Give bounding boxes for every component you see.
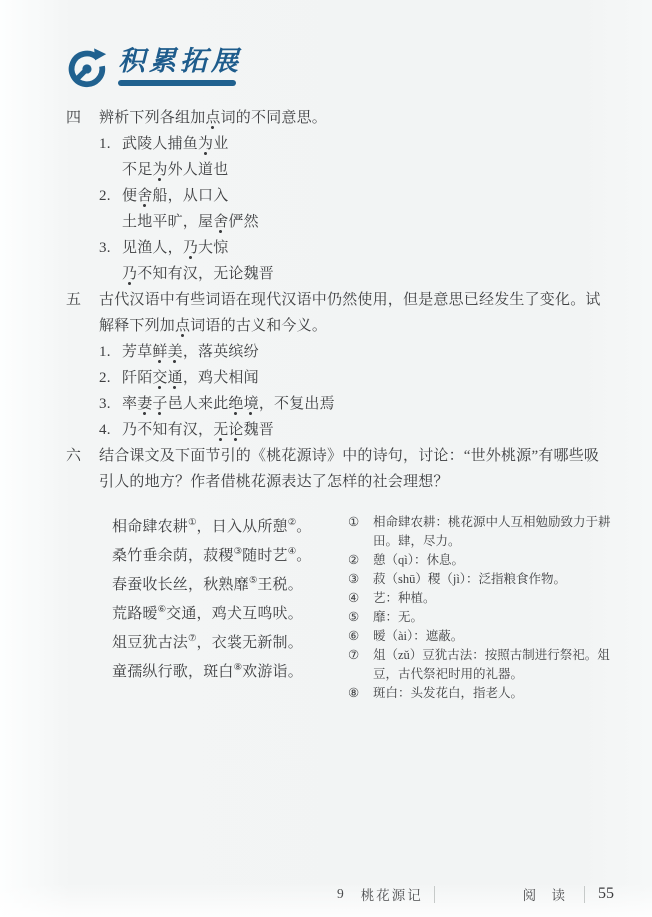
lesson-number: 9 (337, 886, 350, 902)
exercise-item: 2. 便舍船，从口入 土地平旷，屋舍俨然 (99, 183, 614, 235)
annotation-item: ③ 菽（shū）稷（jì）：泛指粮食作物。 (348, 570, 614, 589)
annotation-marker: ④ (348, 589, 373, 608)
item-number: 2. (99, 183, 122, 235)
annotation-item: ② 憩（qì）：休息。 (348, 551, 614, 570)
lesson-title: 桃花源记 (361, 884, 423, 904)
annotation-text: 憩（qì）：休息。 (373, 551, 614, 570)
exercise-item: 2. 阡陌交通，鸡犬相闻 (99, 365, 614, 391)
page-title: 积累拓展 (118, 46, 242, 76)
footer-pagination: 阅 读 55 (523, 884, 614, 904)
poem-line: 相命肆农耕①，日入从所憩②。 (112, 511, 348, 540)
item-line: 武陵人捕鱼为业 (122, 131, 614, 157)
annotation-list: ① 相命肆农耕：桃花源中人互相勉励致力于耕田。肆，尽力。 ② 憩（qì）：休息。… (348, 513, 614, 703)
section-marker: 五 (66, 287, 99, 339)
item-number: 4. (99, 417, 122, 443)
poem-line: 春蚕收长丝，秋熟靡⑤王税。 (112, 569, 348, 598)
item-line: 乃不知有汉，无论魏晋 (122, 417, 614, 443)
section-six: 六 结合课文及下面节引的《桃花源诗》中的诗句，讨论：“世外桃源”有哪些吸引人的地… (66, 443, 614, 495)
poem-block: 相命肆农耕①，日入从所憩②。 桑竹垂余荫，菽稷③随时艺④。 春蚕收长丝，秋熟靡⑤… (66, 511, 614, 703)
item-line: 阡陌交通，鸡犬相闻 (122, 365, 614, 391)
section-items: 1. 芳草鲜美，落英缤纷 2. 阡陌交通，鸡犬相闻 3. 率妻子邑人来此绝境，不… (99, 339, 614, 443)
annotation-marker: ① (348, 513, 373, 551)
page-number: 55 (598, 885, 614, 903)
item-line: 率妻子邑人来此绝境，不复出焉 (122, 391, 614, 417)
annotation-text: 相命肆农耕：桃花源中人互相勉励致力于耕田。肆，尽力。 (373, 513, 614, 551)
unit-section-label: 阅 读 (523, 884, 571, 904)
annotation-text: 暧（ài）：遮蔽。 (373, 627, 614, 646)
section-heading-text: 结合课文及下面节引的《桃花源诗》中的诗句，讨论：“世外桃源”有哪些吸引人的地方？… (99, 443, 614, 495)
exercise-item: 3. 见渔人，乃大惊 乃不知有汉，无论魏晋 (99, 235, 614, 287)
annotation-item: ⑥ 暧（ài）：遮蔽。 (348, 627, 614, 646)
poem-line: 荒路暧⑥交通，鸡犬互鸣吠。 (112, 598, 348, 627)
section-four: 四 辨析下列各组加点词的不同意思。 1. 武陵人捕鱼为业 不足为外人道也 2. … (66, 105, 614, 287)
item-line: 见渔人，乃大惊 (122, 235, 614, 261)
section-five: 五 古代汉语中有些词语在现代汉语中仍然使用，但是意思已经发生了变化。试解释下列加… (66, 287, 614, 443)
section-heading-text: 辨析下列各组加点词的不同意思。 (99, 105, 614, 131)
annotation-text: 菽（shū）稷（jì）：泛指粮食作物。 (373, 570, 614, 589)
item-number: 3. (99, 391, 122, 417)
annotation-item: ④ 艺：种植。 (348, 589, 614, 608)
annotation-marker: ③ (348, 570, 373, 589)
section-heading-text: 古代汉语中有些词语在现代汉语中仍然使用，但是意思已经发生了变化。试解释下列加点词… (99, 287, 614, 339)
annotation-marker: ⑦ (348, 646, 373, 684)
cycle-arrow-target-icon (63, 44, 109, 92)
item-number: 3. (99, 235, 122, 287)
annotation-text: 艺：种植。 (373, 589, 614, 608)
annotation-item: ⑤ 靡：无。 (348, 608, 614, 627)
exercise-item: 4. 乃不知有汉，无论魏晋 (99, 417, 614, 443)
poem-excerpt: 相命肆农耕①，日入从所憩②。 桑竹垂余荫，菽稷③随时艺④。 春蚕收长丝，秋熟靡⑤… (112, 511, 348, 703)
header-title-block: 积累拓展 (118, 44, 242, 86)
exercise-item: 1. 芳草鲜美，落英缤纷 (99, 339, 614, 365)
page-footer: 9 桃花源记 阅 读 55 (0, 884, 652, 904)
annotation-marker: ⑧ (348, 684, 373, 703)
poem-line: 俎豆犹古法⑦，衣裳无新制。 (112, 627, 348, 656)
section-header: 积累拓展 (0, 0, 652, 92)
annotation-item: ① 相命肆农耕：桃花源中人互相勉励致力于耕田。肆，尽力。 (348, 513, 614, 551)
item-number: 1. (99, 131, 122, 183)
exercise-content: 四 辨析下列各组加点词的不同意思。 1. 武陵人捕鱼为业 不足为外人道也 2. … (66, 105, 614, 703)
item-line: 便舍船，从口入 (122, 183, 614, 209)
annotation-item: ⑧ 斑白：头发花白，指老人。 (348, 684, 614, 703)
item-line: 芳草鲜美，落英缤纷 (122, 339, 614, 365)
footer-divider (584, 886, 585, 903)
footer-lesson: 9 桃花源记 (337, 884, 435, 904)
textbook-page: 积累拓展 四 辨析下列各组加点词的不同意思。 1. 武陵人捕鱼为业 不足为外人道… (0, 0, 652, 917)
annotation-text: 俎（zǔ）豆犹古法：按照古制进行祭祀。俎豆，古代祭祀时用的礼器。 (373, 646, 614, 684)
section-heading: 六 结合课文及下面节引的《桃花源诗》中的诗句，讨论：“世外桃源”有哪些吸引人的地… (66, 443, 614, 495)
annotation-text: 靡：无。 (373, 608, 614, 627)
section-heading: 四 辨析下列各组加点词的不同意思。 (66, 105, 614, 131)
annotation-marker: ⑤ (348, 608, 373, 627)
exercise-item: 3. 率妻子邑人来此绝境，不复出焉 (99, 391, 614, 417)
item-line: 不足为外人道也 (122, 157, 614, 183)
section-marker: 四 (66, 105, 99, 131)
poem-line: 桑竹垂余荫，菽稷③随时艺④。 (112, 540, 348, 569)
item-line: 土地平旷，屋舍俨然 (122, 209, 614, 235)
section-marker: 六 (66, 443, 99, 495)
poem-line: 童孺纵行歌，斑白⑧欢游诣。 (112, 656, 348, 685)
section-heading: 五 古代汉语中有些词语在现代汉语中仍然使用，但是意思已经发生了变化。试解释下列加… (66, 287, 614, 339)
item-number: 2. (99, 365, 122, 391)
annotation-marker: ② (348, 551, 373, 570)
annotation-item: ⑦ 俎（zǔ）豆犹古法：按照古制进行祭祀。俎豆，古代祭祀时用的礼器。 (348, 646, 614, 684)
item-number: 1. (99, 339, 122, 365)
item-line: 乃不知有汉，无论魏晋 (122, 261, 614, 287)
exercise-item: 1. 武陵人捕鱼为业 不足为外人道也 (99, 131, 614, 183)
section-items: 1. 武陵人捕鱼为业 不足为外人道也 2. 便舍船，从口入 土地平旷，屋舍俨然 … (99, 131, 614, 287)
annotation-marker: ⑥ (348, 627, 373, 646)
title-underline (118, 80, 236, 86)
footer-divider (434, 886, 435, 903)
annotation-text: 斑白：头发花白，指老人。 (373, 684, 614, 703)
